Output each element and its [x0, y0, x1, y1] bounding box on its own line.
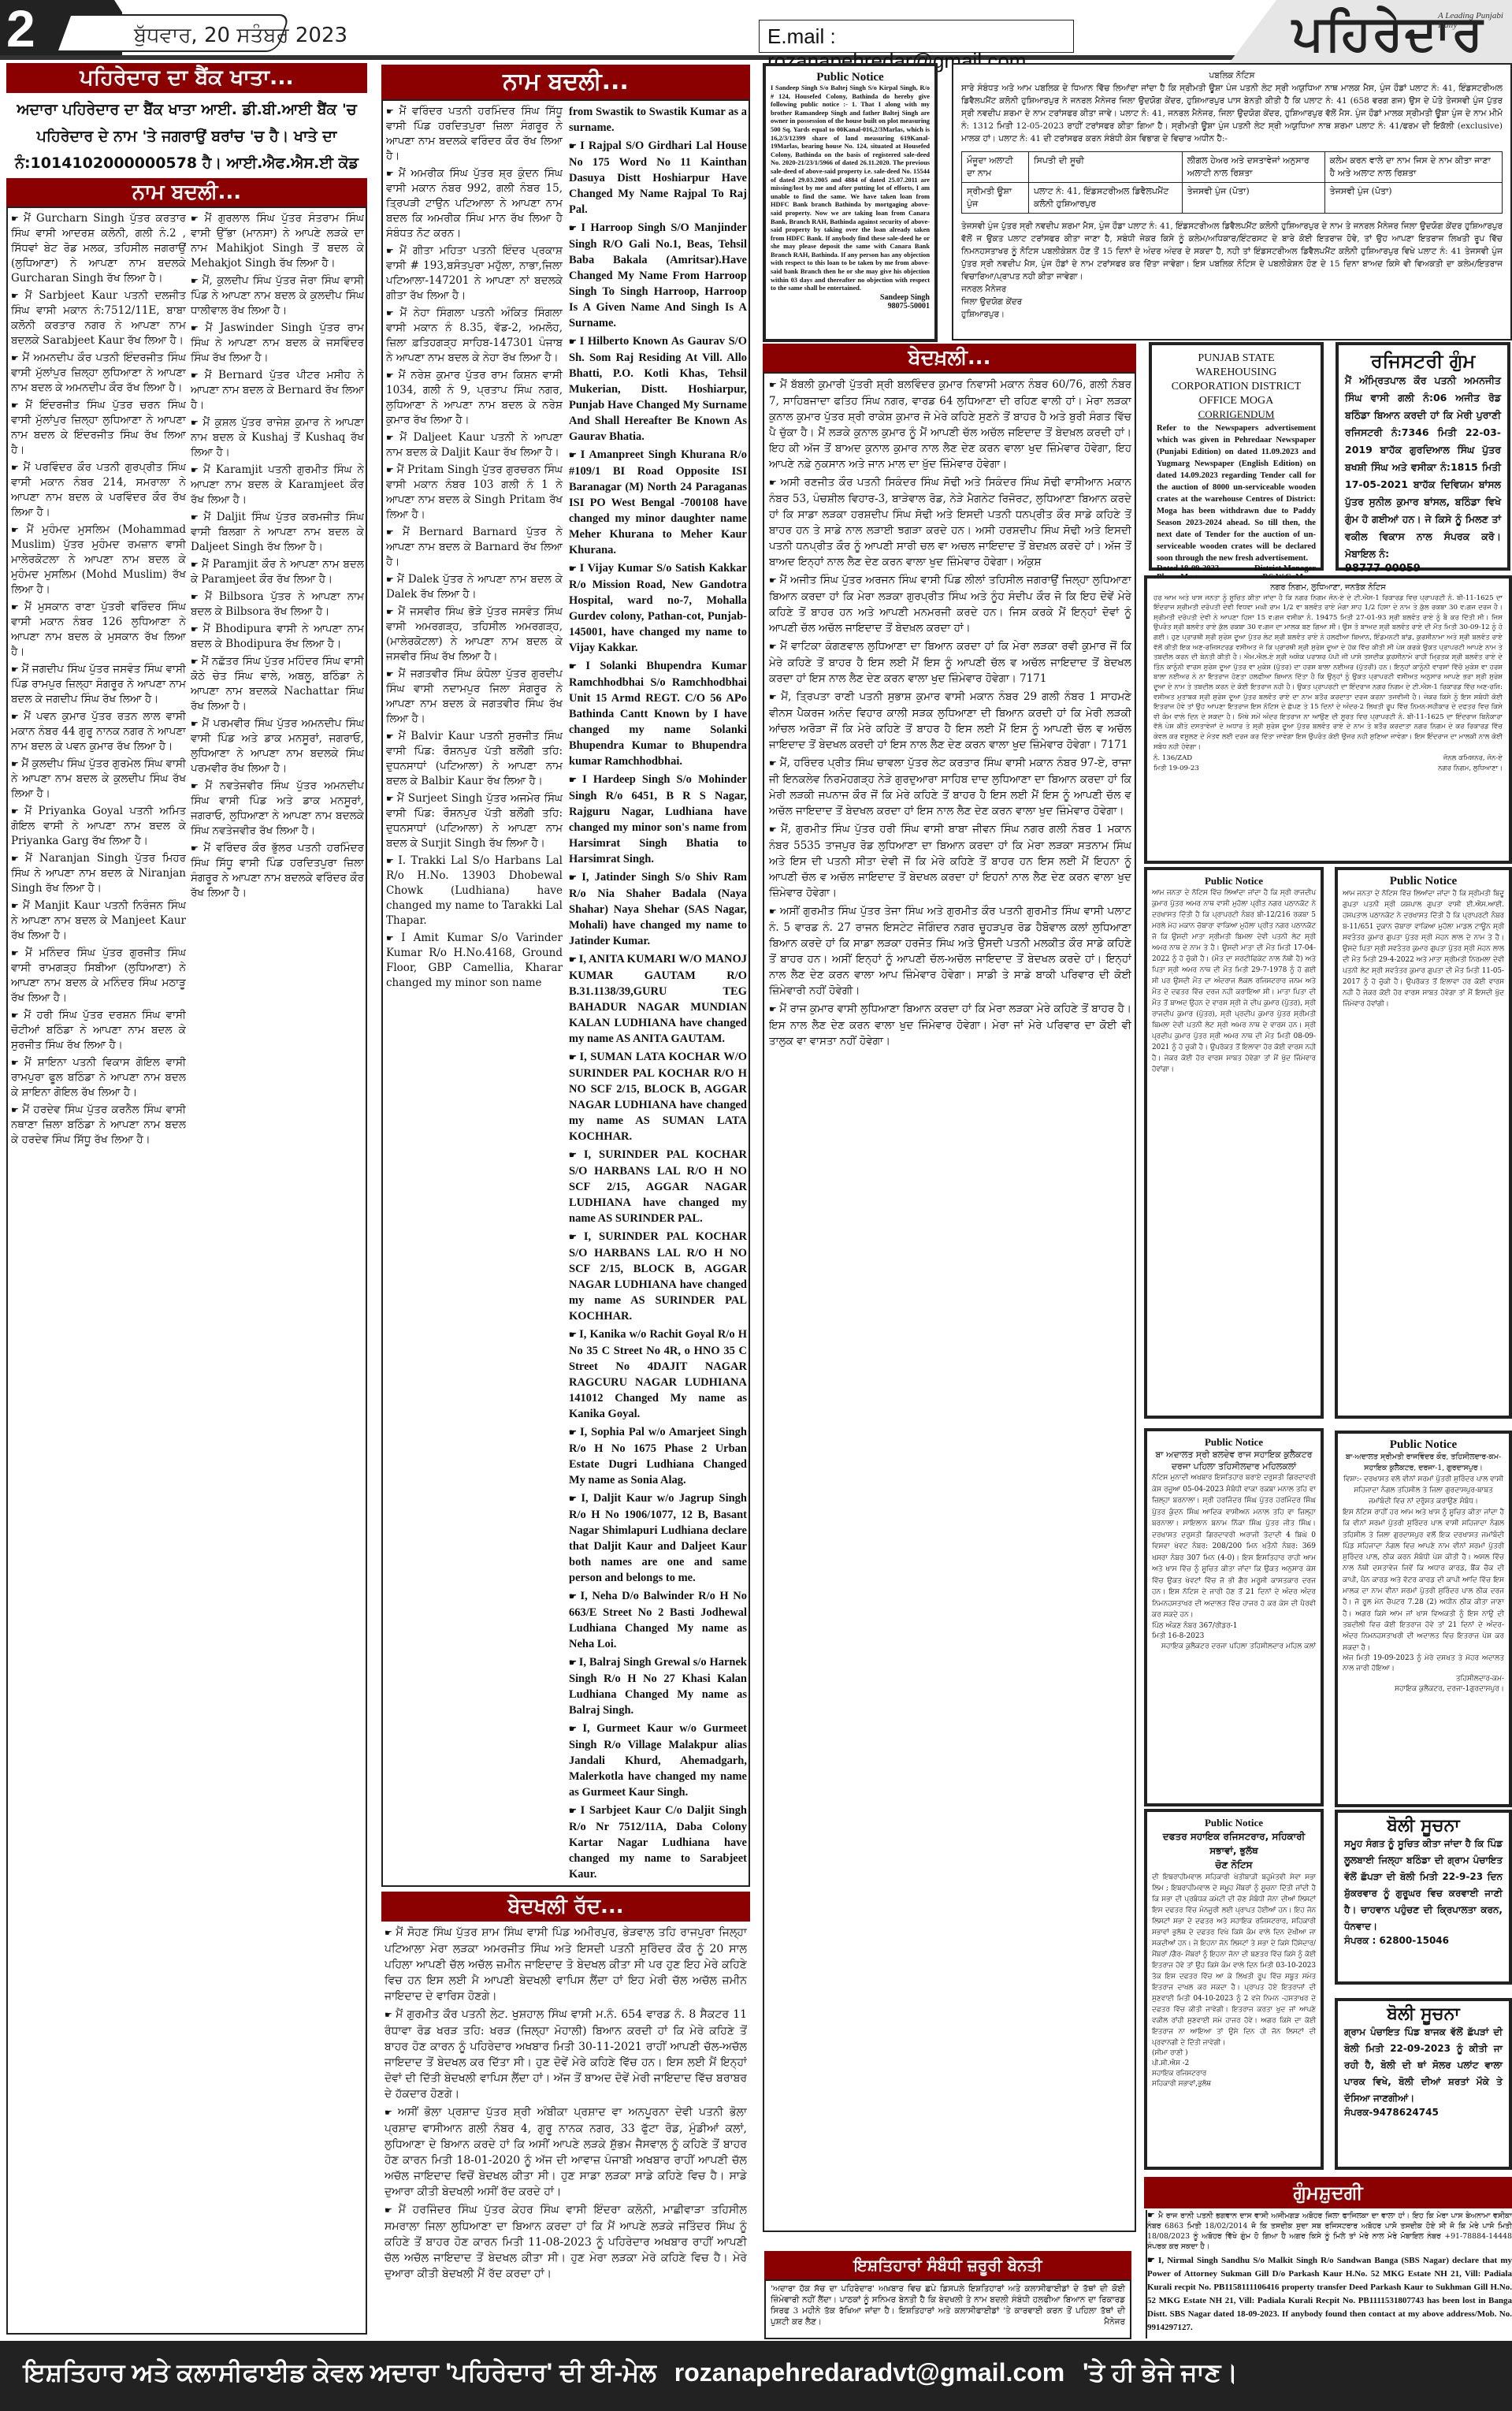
notice-title: Public Notice	[771, 71, 930, 84]
pswc-designation: District Manager	[1254, 564, 1316, 573]
list-item: ਮੈਂ ਕੁਲਦੀਪ ਸਿੰਘ ਪੁੱਤਰ ਗੁਰਮੇਲ ਸਿੰਘ ਵਾਸੀ ਨ…	[11, 757, 186, 802]
list-item: ਮੈਂ Karamjit ਪਤਨੀ ਗੁਰਮੀਤ ਸਿੰਘ ਨੇ ਆਪਣਾ ਨਾ…	[191, 463, 364, 508]
list-item: I, Kanika w/o Rachit Goyal R/o H No 35 C…	[569, 1326, 747, 1422]
list-item: ਮੈਂ Surjeet Singh ਪੁੱਤਰ ਅਜਮੇਰ ਸਿੰਘ ਵਾਸੀ …	[386, 791, 563, 851]
name-change-banner-1: ਨਾਮ ਬਦਲੀ...	[6, 178, 367, 206]
list-item: ਮੈਂ Daljeet Kaur ਪਤਨੀ ਨੇ ਆਪਣਾ ਨਾਮ ਬਦਲ ਕੇ…	[386, 430, 563, 460]
list-item: ਮੈਂ ਜਸਵੀਰ ਸਿੰਘ ਭੋੜੇ ਪੁੱਤਰ ਜਸਵੰਤ ਸਿੰਘ ਵਾਸ…	[386, 605, 563, 664]
list-item: ਮੈਂ Bhodipura ਵਾਸੀ ਨੇ ਆਪਣਾ ਨਾਮ ਬਦਲ ਕੇ Bh…	[191, 622, 364, 652]
list-item: ਮੈਂ ਗੁਰਮੀਤ ਕੌਰ ਪਤਨੀ ਲੇਟ. ਖੁਸ਼ਹਾਲ ਸਿੰਘ ਵਾ…	[385, 2007, 747, 2102]
list-item: ਮੈਂ ਪਰਮਵੀਰ ਸਿੰਘ ਪੁੱਤਰ ਅਮਨਦੀਪ ਸਿੰਘ ਵਾਸੀ ਪ…	[191, 716, 364, 776]
list-item: I Hilberto Known As Gaurav S/O Sh. Som R…	[569, 333, 747, 445]
list-item: ਮੈਂ ਵਾਟਿਕਾ ਕੰਗਣਵਾਲ ਲੁਧਿਆਣਾ ਦਾ ਬਿਆਨ ਕਰਦਾ …	[769, 638, 1131, 686]
list-item: ਮੈਂ ਸੋਹਣ ਸਿੰਘ ਪੁੱਤਰ ਸ਼ਾਮ ਸਿੰਘ ਵਾਸੀ ਪਿੰਡ …	[385, 1925, 747, 2004]
registry-phone: 98777-00059	[1345, 563, 1501, 575]
signature-line: ਜੋਨਲ ਕਮਿਸ਼ਨਰ, ਜੋਨ-ਏ	[1438, 753, 1503, 764]
notice-signature: Sandeep Singh	[771, 293, 930, 302]
list-item: ਮੈਂ ਨਵਤੇਜਵੀਰ ਸਿੰਘ ਪੁੱਤਰ ਅਮਨਦੀਪ ਸਿੰਘ ਵਾਸੀ…	[191, 779, 364, 839]
list-item: ਮੈਂ Bernard Barnard ਪੁੱਤਰ ਨੇ ਆਪਣਾ ਨਾਮ ਬਦ…	[386, 525, 563, 570]
list-item: ਮੈਂ ਰਾਜ ਕੁਮਾਰ ਵਾਸੀ ਲੁਧਿਆਣਾ ਬਿਆਨ ਕਰਦਾ ਹਾਂ…	[769, 1001, 1131, 1049]
list-item: ਮੈਂ ਮੁਸਕਾਨ ਰਾਣਾ ਪੁੱਤਰੀ ਵਰਿੰਦਰ ਸਿੰਘ ਵਾਸੀ …	[11, 600, 186, 660]
list-item: I. Trakki Lal S/o Harbans Lal R/o H.No. …	[386, 854, 563, 928]
list-item: I, Nirmal Singh Sandhu S/o Malkit Singh …	[1147, 2254, 1512, 2335]
notice-subtitle: ਬਾ-ਅਦਾਲਤ ਸ੍ਰੀਮਤੀ ਰਾਜਵਿੰਦਰ ਕੌਰ, ਤਹਿਸੀਲਦਾਰ…	[1343, 1452, 1504, 1474]
list-item: I, Balraj Singh Grewal s/o Harnek Singh …	[569, 1654, 747, 1718]
signature-line: ਤਹਿਸੀਲਦਾਰ-ਕਮ-	[1343, 1674, 1504, 1684]
list-item: ਮੈਂ Priyanka Goyal ਪਤਨੀ ਅਮਿਤ ਗੋਇਲ ਵਾਸੀ ਨ…	[11, 804, 186, 849]
list-item: ਮੈਂ ਪਵਨ ਕੁਮਾਰ ਪੁੱਤਰ ਰਤਨ ਲਾਲ ਵਾਸੀ ਮਕਾਨ ਨੰ…	[11, 709, 186, 754]
list-item: ਮੈਂ ਵਰਿੰਦਰ ਪਤਨੀ ਹਰਮਿੰਦਰ ਸਿੰਘ ਸਿੱਧੂ ਵਾਸੀ …	[386, 104, 563, 164]
list-item: ਮੈਂ ਜਗਦੀਪ ਸਿੰਘ ਪੁੱਤਰ ਜਸਵੰਤ ਸਿੰਘ ਵਾਸੀ ਪਿੰ…	[11, 662, 186, 707]
table-cell: ਤੇਜਸਵੀ ਪੁੰਜ (ਪੋਤਾ)	[1182, 183, 1324, 214]
name-change-col-a: ਮੈਂ Gurcharn Singh ਪੁੱਤਰ ਕਰਤਾਰ ਸਿੰਘ ਵਾਸੀ…	[11, 211, 186, 2331]
notice-body-2: ਤੇਜਸਵੀ ਪੁੰਜ ਪੁੱਤਰ ਸ੍ਰੀ ਨਵਦੀਪ ਸ਼ਰਮਾ ਮੈਸ, …	[961, 220, 1503, 283]
signature-line: ਜਿਲਾ ਉਦਯੋਗ ਕੇਂਦਰ	[961, 296, 1503, 308]
pswc-corrigendum: PUNJAB STATE WAREHOUSING CORPORATION DIS…	[1149, 342, 1324, 571]
bedakhli-radd-banner: ਬੇਦਖਲੀ ਰੱਦ...	[381, 1892, 750, 1922]
registry-lost: ਰਜਿਸਟਰੀ ਗੁੰਮ ਮੈਂ ਅੰਮ੍ਰਿਤਪਾਲ ਕੌਰ ਪਤਨੀ ਅਮਨ…	[1336, 342, 1510, 571]
table-header: ਲੀਗਲ ਹੇਅਰ ਅਤੇ ਦਸਤਾਵੇਜਾਂ ਅਨੁਸਾਰ ਅਲਾਟੀ ਨਾਲ…	[1182, 152, 1324, 183]
list-item: ਮੈਂ ਕੁਸ਼ਲ ਪੁੱਤਰ ਰਾਜੇਸ਼ ਕੁਮਾਰ ਨੇ ਆਪਣਾ ਨਾਮ…	[191, 415, 364, 460]
public-notice-gurdaspur: Public Notice ਬਾ-ਅਦਾਲਤ ਸ੍ਰੀਮਤੀ ਰਾਜਵਿੰਦਰ …	[1335, 1431, 1512, 1807]
list-item: ਮੈਂ Jaswinder Singh ਪੁੱਤਰ ਰਾਮ ਸਿੰਘ ਨੇ ਆਪ…	[191, 321, 364, 366]
pswc-title-2: CORPORATION DISTRICT	[1157, 380, 1316, 394]
table-header: ਕਲੇਮ ਕਰਨ ਵਾਲੇ ਦਾ ਨਾਮ ਜਿਸ ਦੇ ਨਾਮ ਕੀਤਾ ਜਾਣ…	[1324, 152, 1502, 183]
list-item: I, SURINDER PAL KOCHAR S/O HARBANS LAL R…	[569, 1229, 747, 1324]
public-notice-bhulath: Public Notice ਦਫਤਰ ਸਹਾਇਕ ਰਜਿਸਟਰਾਰ, ਸਹਿਕਾ…	[1144, 1809, 1324, 2170]
list-item: ਮੈਂ ਹਰਜਿੰਦਰ ਸਿੰਘ ਪੁੱਤਰ ਕੇਹਰ ਸਿੰਘ ਵਾਸੀ ਇੰ…	[385, 2202, 747, 2282]
ad-request-banner: ਇਸ਼ਤਿਹਾਰਾਂ ਸੰਬੰਧੀ ਜ਼ਰੂਰੀ ਬੇਨਤੀ	[764, 2251, 1131, 2279]
list-item: ਮੈਂ, ਕੁਲਦੀਪ ਸਿੰਘ ਪੁੱਤਰ ਜੋਰਾ ਸਿੰਘ ਵਾਸੀ ਪਿ…	[191, 273, 364, 318]
list-item: I Amanpreet Singh Khurana R/o #109/1 BI …	[569, 447, 747, 558]
notice-title: Public Notice	[1343, 1438, 1504, 1452]
pswc-title-1: PUNJAB STATE WAREHOUSING	[1157, 352, 1316, 380]
table-cell: ਸ੍ਰੀਮਤੀ ਊਸ਼ਾ ਪੁੰਜ	[962, 183, 1029, 214]
page-number: 2	[6, 0, 35, 58]
list-item: ਮੈਂ ਗੀਤਾ ਮਹਿਤਾ ਪਤਨੀ ਇੰਦਰ ਪ੍ਰਕਾਸ਼ ਵਾਸੀ # …	[386, 244, 563, 303]
signature-line: ਸਹਿਕਾਰੀ ਸਭਾਵਾਂ,ਭੁਲੱਥ	[1152, 2079, 1316, 2089]
list-item: ਮੈਂ ਨਛੱਤਰ ਸਿੰਘ ਪੁੱਤਰ ਮਹਿੰਦਰ ਸਿੰਘ ਵਾਸੀ ਕੋ…	[191, 654, 364, 714]
notice-title: Public Notice	[1152, 1436, 1316, 1449]
notice-title: ਪਬਲਿਕ ਨੋਟਿਸ	[961, 69, 1503, 82]
list-item: ਮੈਂ Gurcharn Singh ਪੁੱਤਰ ਕਰਤਾਰ ਸਿੰਘ ਵਾਸੀ…	[11, 211, 186, 286]
signature-line: ਸਹਾਇਕ ਕੁਲੈਕਟਰ, ਦਰਜਾ-1ਗੁਰਦਾਸਪੁਰ।	[1343, 1684, 1504, 1695]
list-item: ਮੈਂ, ਹਰਿੰਦਰ ਪ੍ਰੀਤ ਸਿੰਘ ਚਾਵਲਾ ਪੁੱਤਰ ਲੇਟ ਕ…	[769, 755, 1131, 819]
list-item: ਮੈਂ, ਤ੍ਰਿਪਤਾ ਰਾਣੀ ਪਤਨੀ ਸੁਭਾਸ਼ ਕੁਮਾਰ ਵਾਸੀ…	[769, 689, 1131, 753]
footer-email[interactable]: rozanapehredaradvt@gmail.com	[674, 2358, 1064, 2387]
list-item: ਮੈਂ ਅਮਰੀਕ ਸਿੰਘ ਪੁੱਤਰ ਸ਼੍ਰ ਕੁੰਦਨ ਸਿੰਘ ਵਾਸ…	[386, 166, 563, 241]
notice-title: Public Notice	[1343, 875, 1504, 888]
public-notice-sandeep: Public Notice I Sandeep Singh S/o Baltej…	[763, 63, 938, 342]
table-header: ਮੌਜੂਦਾ ਅਲਾਟੀ ਦਾ ਨਾਮ	[962, 152, 1029, 183]
pswc-dated: Dated 18-09-2023	[1157, 564, 1219, 573]
list-item: ਮੈਂ, ਗੁਰਮੀਤ ਸਿੰਘ ਪੁੱਤਰ ਹਰੀ ਸਿੰਘ ਵਾਸੀ ਬਾਬ…	[769, 821, 1131, 901]
notice-body: ਹਰ ਆਮ ਅਤੇ ਖਾਸ ਜਨਤਾ ਨੂੰ ਸੂਚਿਤ ਕੀਤਾ ਜਾਂਦਾ …	[1154, 593, 1503, 753]
list-item: ਮੈਂ ਬੱਬਲੀ ਕੁਮਾਰੀ ਪੁੱਤਰੀ ਸ਼੍ਰੀ ਬਲਵਿੰਦਰ ਕੁ…	[769, 377, 1131, 472]
list-item: ਮੈਂ Daljit ਸਿੰਘ ਪੁੱਤਰ ਕਰਮਜੀਤ ਸਿੰਘ ਵਾਸੀ ਬ…	[191, 510, 364, 555]
notice-signature: ਸਹਾਇਕ ਕੁਲੈਕਟਰ ਦਰਜਾ ਪਹਿਲਾ ਤਹਿਸੀਲਦਾਰ ਮਹਿਲ …	[1152, 1642, 1316, 1652]
footer-banner: ਇਸ਼ਤਿਹਾਰ ਅਤੇ ਕਲਾਸੀਫਾਈਡ ਕੇਵਲ ਅਦਾਰਾ 'ਪਹਿਰੇ…	[0, 2341, 1512, 2411]
bedakhli-box: ਮੈਂ ਬੱਬਲੀ ਕੁਮਾਰੀ ਪੁੱਤਰੀ ਸ਼੍ਰੀ ਬਲਵਿੰਦਰ ਕੁ…	[763, 372, 1136, 2232]
list-item: ਮੈਂ Balvir Kaur ਪਤਨੀ ਸੁਰਜੀਤ ਸਿੰਘ ਵਾਸੀ ਪਿ…	[386, 729, 563, 789]
list-item: I Amit Kumar S/o Varinder Kumar R/o H.No…	[386, 931, 563, 991]
header-rule	[0, 55, 1261, 60]
notice-subtitle: ਬਾ ਅਦਾਲਤ ਸ੍ਰੀ ਬਲਦੇਵ ਰਾਜ ਸਹਾਇਕ ਕੁਲੈਕਟਰ ਦਰ…	[1152, 1449, 1316, 1472]
list-item: I Solanki Bhupendra Kumar Ramchhodbhai S…	[569, 658, 747, 769]
bedakhli-list: ਮੈਂ ਬੱਬਲੀ ਕੁਮਾਰੀ ਪੁੱਤਰੀ ਸ਼੍ਰੀ ਬਲਵਿੰਦਰ ਕੁ…	[769, 377, 1131, 2229]
list-item: ਮੈਂ Sarbjeet Kaur ਪਤਨੀ ਦਲਜੀਤ ਸਿੰਘ ਵਾਸੀ ਮ…	[11, 288, 186, 348]
ad-request-box: 'ਅਦਾਰਾ ਹੱਕ ਸੱਚ ਦਾ ਪਹਿਰੇਦਾਰ' ਅਖ਼ਬਾਰ ਵਿਚ ਛ…	[764, 2279, 1131, 2339]
list-item: I, Jatinder Singh S/o Shiv Ram R/o Nia S…	[569, 869, 747, 949]
list-item: ਮੈਂ Dalek ਪੁੱਤਰ ਨੇ ਆਪਣਾ ਨਾਮ ਬਦਲ ਕੇ Dalek…	[386, 572, 563, 602]
list-item: from Swastik to Swastik Kumar as a surna…	[569, 104, 747, 136]
bank-banner: ਪਹਿਰੇਦਾਰ ਦਾ ਬੈਂਕ ਖਾਤਾ...	[6, 63, 367, 93]
bedakhli-radd-list: ਮੈਂ ਸੋਹਣ ਸਿੰਘ ਪੁੱਤਰ ਸ਼ਾਮ ਸਿੰਘ ਵਾਸੀ ਪਿੰਡ …	[385, 1925, 747, 2338]
list-item: ਮੈਂ ਪਰਵਿੰਦਰ ਕੌਰ ਪਤਨੀ ਗੁਰਪ੍ਰੀਤ ਸਿੰਘ ਵਾਸੀ …	[11, 460, 186, 520]
notice-body: ਨੋਟਿਸ ਮੁਨਾਦੀ ਅਖਬਾਰ ਇਸਤਿਹਾਰ ਬਰਾਏ ਦਰੁਸਤੀ ਗ…	[1152, 1472, 1316, 1621]
list-item: ਅਸੀਂ ਗੁਰਮੀਤ ਸਿੰਘ ਪੁੱਤਰ ਤੇਜਾ ਸਿੰਘ ਅਤੇ ਗੁਰ…	[769, 903, 1131, 999]
public-notice-hoshiarpur: ਪਬਲਿਕ ਨੋਟਿਸ ਸਾਰੇ ਸੰਬੰਧਤ ਅਤੇ ਆਮ ਪਬਲਿਕ ਦੇ …	[952, 63, 1512, 340]
public-notice-pathankot-2: Public Notice ਆਮ ਜਨਤਾ ਦੇ ਨੋਟਿਸ ਵਿੱਚ ਲਿਆਂ…	[1335, 867, 1512, 1419]
list-item: I, Sophia Pal w/o Amarjeet Singh R/o H N…	[569, 1424, 747, 1488]
signature-line: ਨਗਰ ਨਿਗਮ, ਲੁਧਿਆਣਾ।	[1438, 764, 1503, 774]
issue-date: ਬੁੱਧਵਾਰ, 20 ਸਤੰਬਰ 2023	[134, 24, 347, 48]
list-item: I, SUMAN LATA KOCHAR W/O SURINDER PAL KO…	[569, 1049, 747, 1144]
signature-line: ਹੁਸ਼ਿਆਰਪੁਰ।	[961, 308, 1503, 321]
public-notice-mehal-kalan: Public Notice ਬਾ ਅਦਾਲਤ ਸ੍ਰੀ ਬਲਦੇਵ ਰਾਜ ਸਹ…	[1144, 1428, 1324, 1806]
notice-date-line: ਅੱਜ ਮਿਤੀ 19-09-2023 ਨੂੰ ਮੇਰੇ ਦਸਖਤ ਤੇ ਮੋਹ…	[1343, 1654, 1504, 1674]
allottee-table: ਮੌਜੂਦਾ ਅਲਾਟੀ ਦਾ ਨਾਮ ਸਿਪਤੀ ਦੀ ਸੂਚੀ ਲੀਗਲ ਹ…	[961, 151, 1503, 214]
registry-title: ਰਜਿਸਟਰੀ ਗੁੰਮ	[1345, 350, 1501, 372]
list-item: ਮੈਂ ਅਜੀਤ ਸਿੰਘ ਪੁੱਤਰ ਅਰਜਨ ਸਿੰਘ ਵਾਸੀ ਪਿੰਡ …	[769, 572, 1131, 636]
list-item: ਮੈਂ ਹਰੀ ਸਿੰਘ ਪੁੱਤਰ ਦਰਸ਼ਨ ਸਿੰਘ ਵਾਸੀ ਚੋਟੀਆ…	[11, 1008, 186, 1053]
list-item: ਮੈਂ ਹਰਦੇਵ ਸਿੰਘ ਪੁੱਤਰ ਕਰਨੈਲ ਸਿੰਘ ਵਾਸੀ ਨਥਾ…	[11, 1103, 186, 1148]
notice-subtitle-2: ਚੋਣ ਨੋਟਿਸ	[1152, 1858, 1316, 1872]
ad-request-text: 'ਅਦਾਰਾ ਹੱਕ ਸੱਚ ਦਾ ਪਹਿਰੇਦਾਰ' ਅਖ਼ਬਾਰ ਵਿਚ ਛ…	[771, 2284, 1125, 2327]
list-item: ਮੈਂ Bernard ਪੁੱਤਰ ਪੀਟਰ ਮਸੀਹ ਨੇ ਆਪਣਾ ਨਾਮ …	[191, 368, 364, 413]
notice-contact: ਸੰਪਰਕ-9478624745	[1344, 2107, 1503, 2119]
list-item: ਮੈਂ ਮਨਿੰਦਰ ਸਿੰਘ ਪੁੱਤਰ ਗੁਰਜੀਤ ਸਿੰਘ ਵਾਸੀ ਰ…	[11, 946, 186, 1006]
signature-line: ਪੀ.ਸੀ.ਐਸ -2	[1152, 2059, 1316, 2069]
missing-banner: ਗੁੰਮਸ਼ੁਦਗੀ	[1144, 2177, 1512, 2208]
list-item: ਅਸੀ ਰਣਜੀਤ ਕੌਰ ਪਤਨੀ ਸਿਕੰਦਰ ਸਿੰਘ ਸੋਢੀ ਅਤੇ …	[769, 474, 1131, 570]
list-item: I Vijay Kumar S/o Satish Kakkar R/o Miss…	[569, 560, 747, 656]
notice-title: ਬੋਲੀ ਸੂਚਨਾ	[1344, 2004, 1503, 2024]
name-change-2-col-b: from Swastik to Swastik Kumar as a surna…	[569, 104, 747, 1884]
list-item: ਮੈਂ Pritam Singh ਪੁੱਤਰ ਗੁਰਚਰਨ ਸਿੰਘ ਵਾਸੀ …	[386, 463, 563, 523]
list-item: ਮੈਂ ਇੰਦਰਜੀਤ ਸਿੰਘ ਪੁੱਤਰ ਚਰਨ ਸਿੰਘ ਵਾਸੀ ਮੁੱ…	[11, 398, 186, 458]
pswc-subtitle: CORRIGENDUM	[1157, 408, 1316, 421]
notice-body: ਗ੍ਰਾਮ ਪੰਚਾਇਤ ਪਿੰਡ ਬਾਜਕ ਵੱਲੋਂ ਛੱਪੜਾਂ ਦੀ ਬ…	[1344, 2024, 1503, 2107]
list-item: ਮੈਂ ਵਰਿੰਦਰ ਕੌਰ ਭੁੱਲਰ ਪਤਨੀ ਹਰਮਿੰਦਰ ਸਿੰਘ ਸ…	[191, 841, 364, 901]
name-change-box-2: ਮੈਂ ਵਰਿੰਦਰ ਪਤਨੀ ਹਰਮਿੰਦਰ ਸਿੰਘ ਸਿੱਧੂ ਵਾਸੀ …	[381, 99, 750, 1887]
notice-date: ਮਿਤੀ 19-09-23	[1154, 764, 1199, 774]
list-item: ਮੈਂ Naranjan Singh ਪੁੱਤਰ ਮਿਹਰ ਸਿੰਘ ਨੇ ਆਪ…	[11, 851, 186, 896]
header-email[interactable]: E.mail : rozanapehredar@gmail.com	[759, 20, 1074, 53]
list-item: ਮੈਂ ਗੁਰਲਾਲ ਸਿੰਘ ਪੁੱਤਰ ਸੰਤਰਾਮ ਸਿੰਘ ਵਾਸੀ ਉ…	[191, 211, 364, 271]
notice-phone: 98075-50001	[771, 302, 930, 311]
signature-line: ਜਨਰਲ ਮੈਨੇਜਰ	[961, 283, 1503, 296]
name-change-2-col-a: ਮੈਂ ਵਰਿੰਦਰ ਪਤਨੀ ਹਰਮਿੰਦਰ ਸਿੰਘ ਸਿੱਧੂ ਵਾਸੀ …	[386, 104, 563, 1884]
notice-title: ਨਗਰ ਨਿਗਮ, ਲੁਧਿਆਣਾ, ਜਨਤੱਕ ਨੋਟਿਸ	[1154, 583, 1503, 593]
registry-body: ਮੈਂ ਅੰਮ੍ਰਿਤਪਾਲ ਕੌਰ ਪਤਨੀ ਅਮਨਜੀਤ ਸਿੰਘ ਵਾਸੀ…	[1345, 372, 1501, 563]
page-header: 2 ਬੁੱਧਵਾਰ, 20 ਸਤੰਬਰ 2023 E.mail : rozana…	[0, 0, 1512, 57]
notice-body: ਇਸ ਨੋਟਿਸ ਰਾਹੀਂ ਹਰ ਆਮ ਅਤੇ ਖਾਸ ਨੂੰ ਸੂਚਿਤ ਕ…	[1343, 1507, 1504, 1654]
list-item: I, SURINDER PAL KOCHAR S/O HARBANS LAL R…	[569, 1147, 747, 1226]
notice-body: ਆਮ ਜਨਤਾ ਦੇ ਨੋਟਿਸ ਵਿੱਚ ਲਿਆਂਦਾ ਜਾਂਦਾ ਹੈ ਕਿ…	[1152, 887, 1316, 1075]
boli-notice-2: ਬੋਲੀ ਸੂਚਨਾ ਗ੍ਰਾਮ ਪੰਚਾਇਤ ਪਿੰਡ ਬਾਜਕ ਵੱਲੋਂ …	[1335, 1998, 1512, 2170]
notice-body: ਸਾਰੇ ਸੰਬੰਧਤ ਅਤੇ ਆਮ ਪਬਲਿਕ ਦੇ ਧਿਆਨ ਵਿੱਚ ਲਿ…	[961, 82, 1503, 145]
signature-line: (ਸੀਮਾ ਰਾਣੀ )	[1152, 2048, 1316, 2059]
notice-subtitle: ਦਫਤਰ ਸਹਾਇਕ ਰਜਿਸਟਰਾਰ, ਸਹਿਕਾਰੀ ਸਭਾਵਾਂ, ਭੁਲ…	[1152, 1829, 1316, 1858]
list-item: I, Daljit Kaur w/o Jagrup Singh R/o H No…	[569, 1490, 747, 1586]
list-item: ਮੈਂ ਨਰੇਸ਼ ਕੁਮਾਰ ਪੁੱਤਰ ਰਾਮ ਕਿਸ਼ਨ ਵਾਸੀ 103…	[386, 368, 563, 428]
footer-text: ਇਸ਼ਤਿਹਾਰ ਅਤੇ ਕਲਾਸੀਫਾਈਡ ਕੇਵਲ ਅਦਾਰਾ 'ਪਹਿਰੇ…	[24, 2358, 656, 2387]
list-item: ਮੈ ਰਾਜ ਰਾਨੀ ਪਤਨੀ ਭਗਵਾਨ ਦਾਸ ਵਾਸੀ ਅਜੀਮਗੜ ਅ…	[1147, 2210, 1512, 2252]
notice-title: ਬੋਲੀ ਸੂਚਨਾ	[1344, 1816, 1503, 1836]
name-change-col-b: ਮੈਂ ਗੁਰਲਾਲ ਸਿੰਘ ਪੁੱਤਰ ਸੰਤਰਾਮ ਸਿੰਘ ਵਾਸੀ ਉ…	[191, 211, 364, 2331]
list-item: ਮੈਂ Paramjit ਕੌਰ ਨੇ ਆਪਣਾ ਨਾਮ ਬਦਲ ਕੇ Para…	[191, 557, 364, 587]
boli-notice-1: ਬੋਲੀ ਸੂਚਨਾ ਸਮੂਹ ਸੰਗਤ ਨੂੰ ਸੂਚਿਤ ਕੀਤਾ ਜਾਂਦ…	[1335, 1810, 1512, 1985]
ad-request-signature: ਮੈਨੇਜਰ	[1104, 2316, 1125, 2327]
notice-body: ਦੀ ਇਬਰਾਹੀਮਵਾਲ ਸਹਿਕਾਰੀ ਖੇਤੀਬਾੜੀ ਬਹੁਮੰਤਵੀ …	[1152, 1872, 1316, 2048]
notice-topic: ਵਿਸ਼ਾ:- ਦਰਖਾਸਤ ਵਲੋ ਵੀਨਾਂ ਸਰਮਾਂ ਪੁੱਤਰੀ ਸੁ…	[1343, 1474, 1504, 1507]
list-item: ਅਸੀਂ ਭੋਲਾ ਪ੍ਰਸ਼ਾਦ ਪੁੱਤਰ ਸ਼੍ਰੀ ਅੰਬੀਕਾ ਪ੍ਰ…	[385, 2104, 747, 2200]
missing-list: ਮੈ ਰਾਜ ਰਾਨੀ ਪਤਨੀ ਭਗਵਾਨ ਦਾਸ ਵਾਸੀ ਅਜੀਮਗੜ ਅ…	[1146, 2210, 1512, 2338]
list-item: I, Neha D/o Balwinder R/o H No 663/E Str…	[569, 1588, 747, 1652]
notice-body: I Sandeep Singh S/o Baltej Singh S/o Kir…	[771, 84, 930, 293]
list-item: ਮੈਂ ਅਮਨਦੀਪ ਕੌਰ ਪਤਨੀ ਇੰਦਰਜੀਤ ਸਿੰਘ ਵਾਸੀ ਮੁ…	[11, 351, 186, 396]
signature-line: ਸਹਾਇਕ ਰਜਿਸਟਰਾਰ	[1152, 2069, 1316, 2079]
list-item: ਮੈਂ Bilbsora ਪੁੱਤਰ ਨੇ ਆਪਣਾ ਨਾਮ ਬਦਲ ਕੇ Bi…	[191, 590, 364, 619]
pswc-body: Refer to the Newspapers advertisement wh…	[1157, 422, 1316, 564]
list-item: I Rajpal S/O Girdhari Lal House No 175 W…	[569, 138, 747, 218]
notice-body: ਆਮ ਜਨਤਾ ਦੇ ਨੋਟਿਸ ਵਿੱਚ ਲਿਆਂਦਾ ਜਾਂਦਾ ਹੈ ਕਿ…	[1343, 888, 1504, 1010]
footer-suffix: 'ਤੇ ਹੀ ਭੇਜੇ ਜਾਣ।	[1083, 2358, 1238, 2387]
table-cell: ਤੇਜਸਵੀ ਪੁੰਜ (ਪੋਤਾ)	[1324, 183, 1502, 214]
notice-title: Public Notice	[1152, 1817, 1316, 1829]
table-cell: ਪਲਾਟ ਨੰ: 41, ਇੰਡਸਟਰੀਅਲ ਡਿਵੈਲਪਮੈਂਟ ਕਲੋਨੀ …	[1028, 183, 1182, 214]
masthead-tagline: A Leading Punjabi Daily	[1438, 11, 1512, 30]
notice-date: ਮਿਤੀ 16-8-2023	[1152, 1632, 1316, 1642]
list-item: I Harroop Singh S/O Manjinder Singh R/O …	[569, 220, 747, 331]
list-item: I Hardeep Singh S/o Mohinder Singh R/o 6…	[569, 772, 747, 867]
list-item: I, Gurmeet Kaur w/o Gurmeet Singh R/o Vi…	[569, 1721, 747, 1800]
notice-body: ਸਮੂਹ ਸੰਗਤ ਨੂੰ ਸੂਚਿਤ ਕੀਤਾ ਜਾਂਦਾ ਹੈ ਕਿ ਪਿੰ…	[1344, 1836, 1503, 1935]
list-item: ਮੈਂ ਜਗਤਵੀਰ ਸਿੰਘ ਕੰਧੋਲਾ ਪੁੱਤਰ ਗੁਰਦੀਪ ਸਿੰਘ…	[386, 667, 563, 727]
notice-title: Public Notice	[1152, 875, 1316, 887]
list-item: I Sarbjeet Kaur C/o Daljit Singh R/o Nr …	[569, 1803, 747, 1882]
nagar-nigam-notice: ਨਗਰ ਨਿਗਮ, ਲੁਧਿਆਣਾ, ਜਨਤੱਕ ਨੋਟਿਸ ਹਰ ਆਮ ਅਤੇ…	[1144, 575, 1512, 864]
bedakhli-banner: ਬੇਦਖ਼ਲੀ...	[763, 344, 1136, 372]
notice-contact: ਸੰਪਰਕ : 62800-15046	[1344, 1935, 1503, 1947]
public-notice-pathankot-1: Public Notice ਆਮ ਜਨਤਾ ਦੇ ਨੋਟਿਸ ਵਿੱਚ ਲਿਆਂ…	[1144, 867, 1324, 1419]
list-item: ਮੈਂ ਸ਼ਾਇਨਾ ਪਤਨੀ ਵਿਕਾਸ ਗੋਇਲ ਵਾਸੀ ਰਾਮਪੁਰਾ …	[11, 1055, 186, 1100]
list-item: ਮੈਂ Manjit Kaur ਪਤਨੀ ਨਿਰੰਜਨ ਸਿੰਘ ਨੇ ਆਪਣਾ…	[11, 899, 186, 943]
name-change-box-1: ਮੈਂ Gurcharn Singh ਪੁੱਤਰ ਕਰਤਾਰ ਸਿੰਘ ਵਾਸੀ…	[6, 206, 367, 2335]
name-change-banner-2: ਨਾਮ ਬਦਲੀ...	[381, 65, 750, 99]
list-item: ਮੈਂ ਨੇਹਾ ਸਿੰਗਲਾ ਪਤਨੀ ਅੰਕਿਤ ਸਿੰਗਲਾ ਵਾਸੀ ਮ…	[386, 306, 563, 366]
pswc-title-3: OFFICE MOGA	[1157, 394, 1316, 408]
list-item: I, ANITA KUMARI W/O MANOJ KUMAR GAUTAM R…	[569, 951, 747, 1047]
list-item: ਮੈਂ ਮੁਹੰਮਦ ਮੁਸਲਿਮ (Mohammad Muslim) ਪੁੱਤ…	[11, 523, 186, 597]
notice-ref: ਪਿੰਠ ਅੰਕਣ ਨੰਬਰ 367/ਰੀਡਰ-1	[1152, 1621, 1316, 1632]
table-header: ਸਿਪਤੀ ਦੀ ਸੂਚੀ	[1028, 152, 1182, 183]
notice-ref: ਨੰ. 136/ZAD	[1154, 753, 1199, 764]
